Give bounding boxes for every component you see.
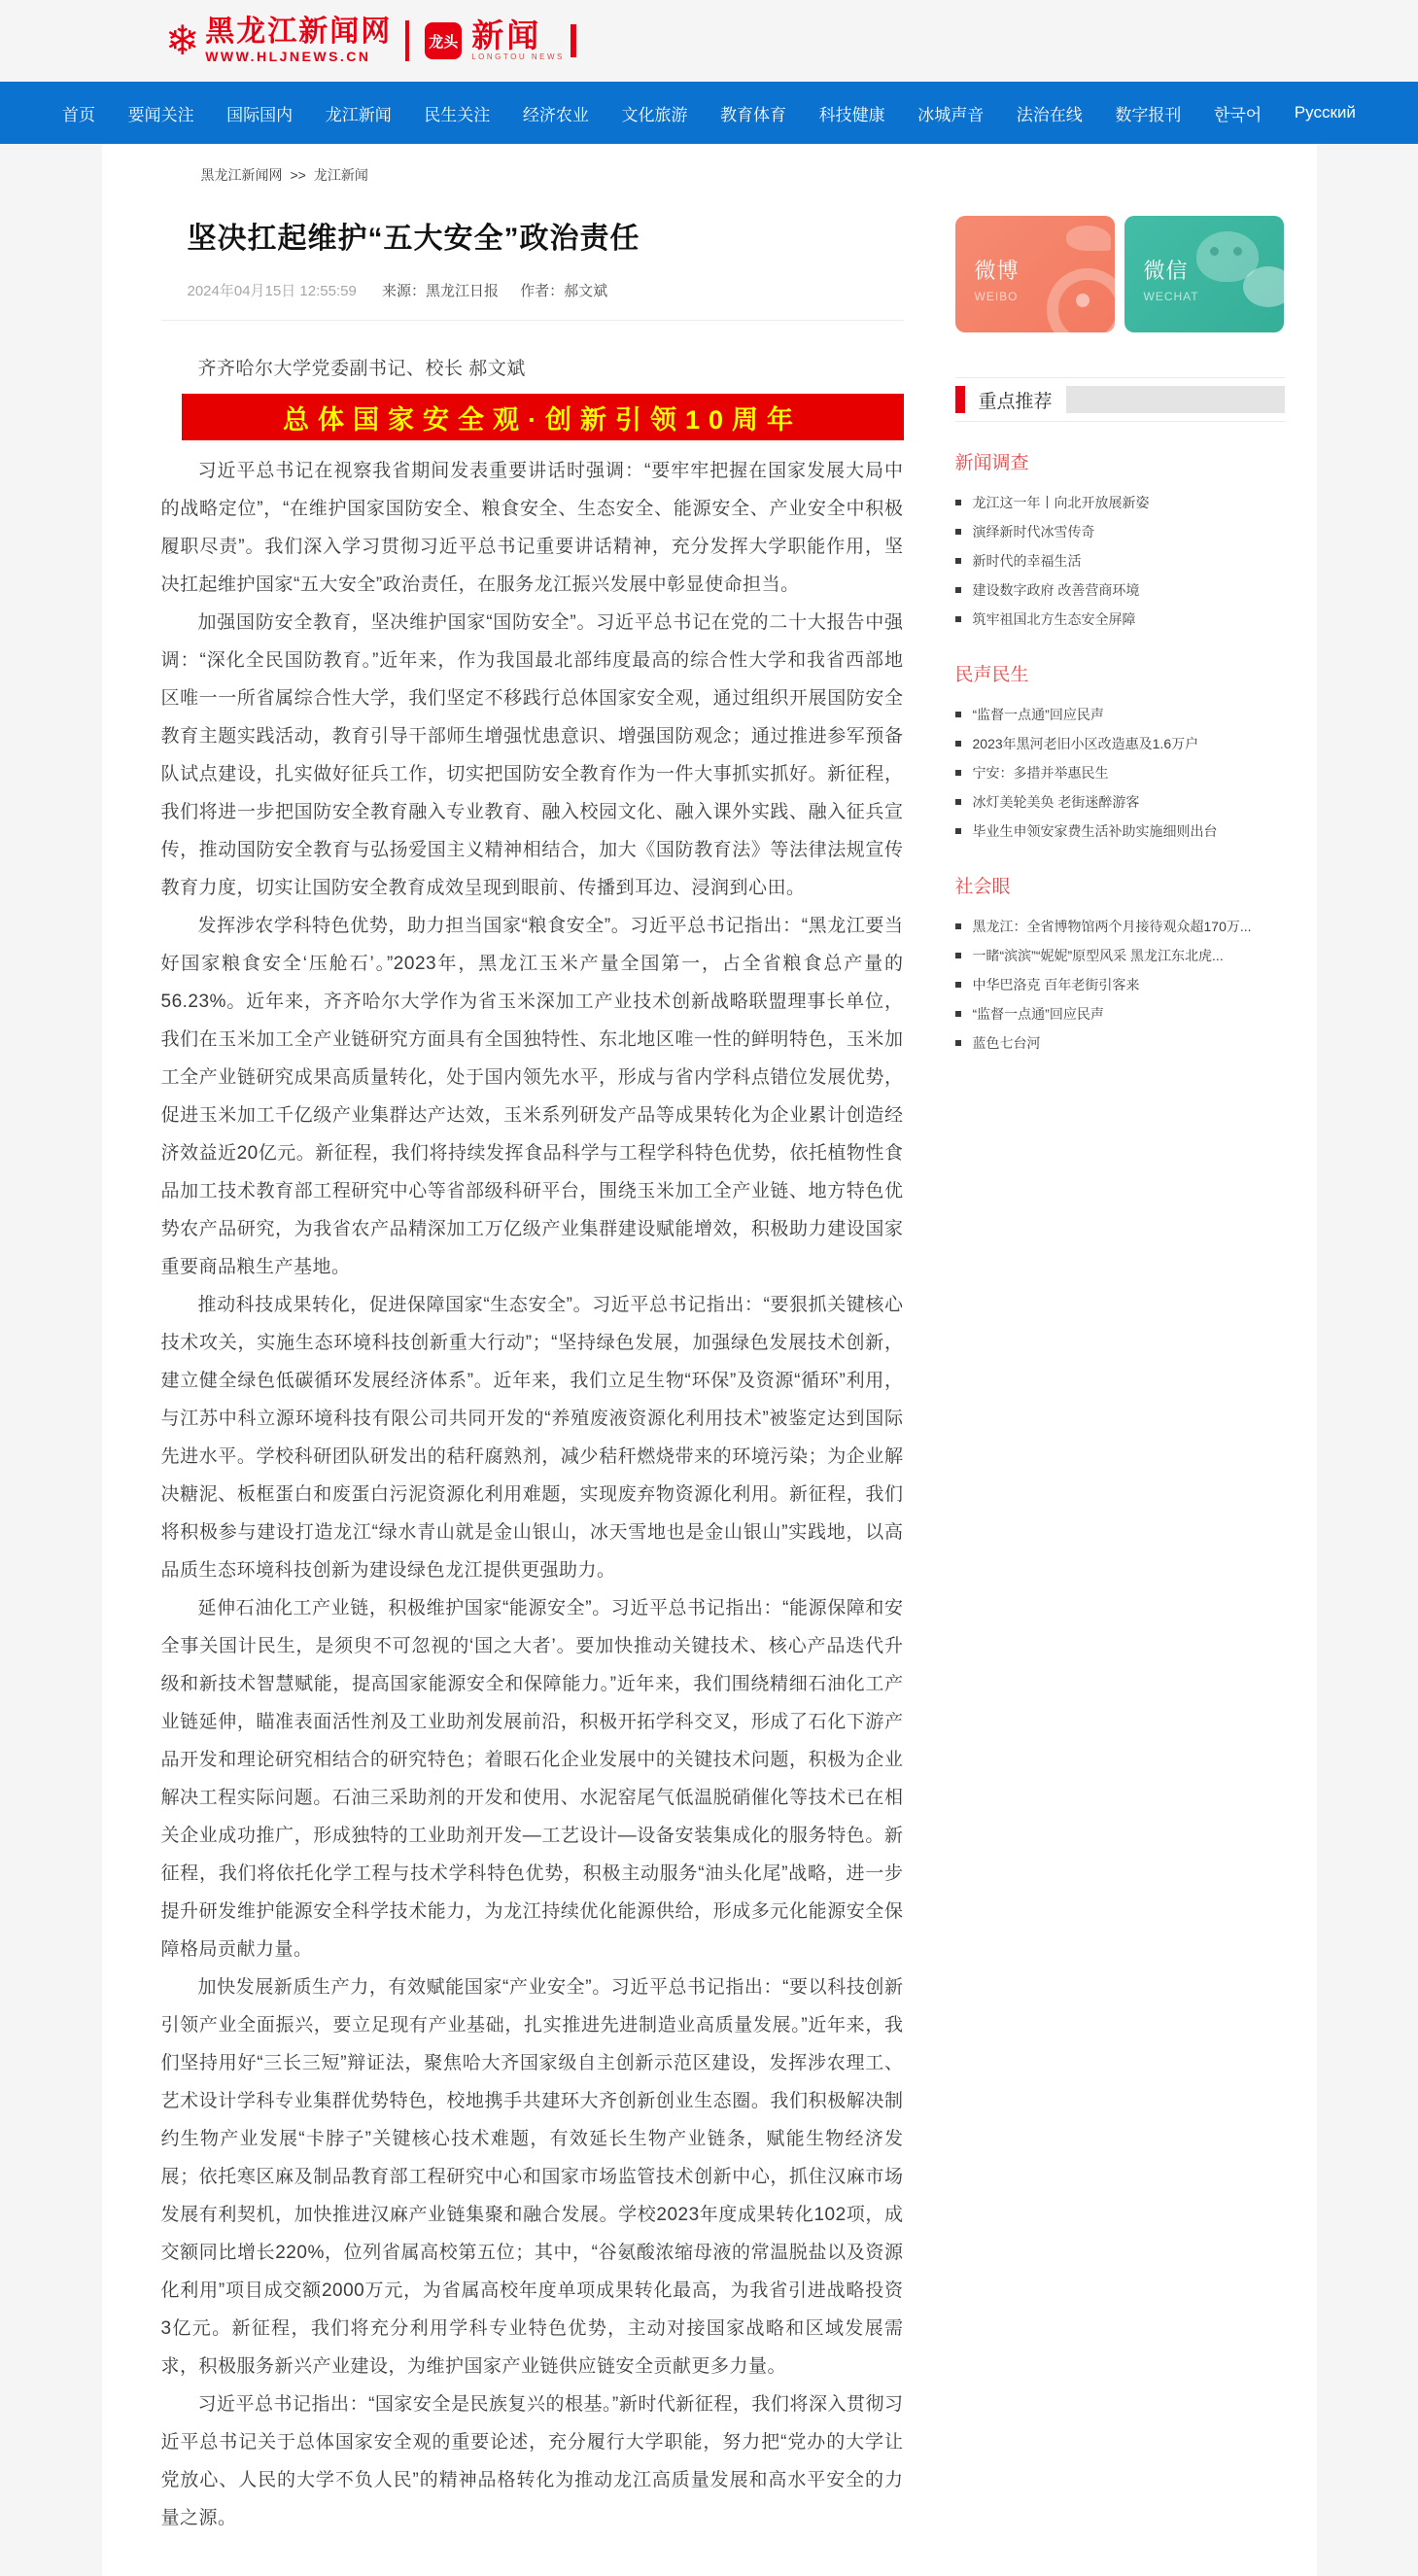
breadcrumb-current-link[interactable]: 龙江新闻	[314, 167, 368, 183]
section-title[interactable]: 社会眼	[955, 872, 1285, 898]
recommend-title: 重点推荐	[979, 387, 1053, 413]
sidebar: 微博 WEIBO 微信 WECHAT 重点推荐 新闻调查 龙江这一年丨向北开放展…	[955, 144, 1285, 2576]
article-meta: 2024年04月15日 12:55:59 来源：黑龙江日报 作者：郝文斌	[188, 280, 904, 300]
nav-item-education-sports[interactable]: 教育体育	[720, 101, 786, 125]
list-item[interactable]: 中华巴洛克 百年老街引客来	[955, 970, 1285, 999]
article-paragraph: 加强国防安全教育，坚决维护国家“国防安全”。习近平总书记在党的二十大报告中强调：…	[161, 604, 904, 907]
nav-item-livelihood[interactable]: 民生关注	[424, 101, 490, 125]
nav-item-korean[interactable]: 한국어	[1214, 101, 1262, 125]
brand-text: 黑龙江新闻网 WWW.HLJNEWS.CN	[205, 17, 392, 64]
square-bullet-icon	[955, 741, 961, 747]
square-bullet-icon	[955, 712, 961, 717]
list-item[interactable]: 新时代的幸福生活	[955, 546, 1285, 575]
article-body: 齐齐哈尔大学党委副书记、校长 郝文斌 总体国家安全观·创新引领10周年 习近平总…	[161, 321, 904, 2537]
site-name: 黑龙江新闻网	[205, 17, 392, 47]
nav-item-economy-agriculture[interactable]: 经济农业	[523, 101, 589, 125]
site-logo[interactable]: ❄ 黑龙江新闻网 WWW.HLJNEWS.CN 龙头 新闻 LONGTOU NE…	[165, 17, 576, 64]
list-item[interactable]: 建设数字政府 改善营商环境	[955, 575, 1285, 605]
article-lead: 齐齐哈尔大学党委副书记、校长 郝文斌	[161, 354, 904, 380]
sidebar-section-society-eye: 社会眼 黑龙江：全省博物馆两个月接待观众超170万... 一睹“滨滨”“妮妮”原…	[955, 872, 1285, 1058]
nav-item-tech-health[interactable]: 科技健康	[819, 101, 885, 125]
publish-date: 2024年04月15日 12:55:59	[188, 283, 357, 299]
nav-item-headlines[interactable]: 要闻关注	[128, 101, 194, 125]
wechat-share-card[interactable]: 微信 WECHAT	[1124, 216, 1284, 332]
section-title[interactable]: 新闻调查	[955, 448, 1285, 474]
content-card: 黑龙江新闻网>>龙江新闻 坚决扛起维护“五大安全”政治责任 2024年04月15…	[102, 144, 1317, 2576]
list-item[interactable]: 一睹“滨滨”“妮妮”原型风采 黑龙江东北虎...	[955, 941, 1285, 970]
nav-item-home[interactable]: 首页	[62, 101, 95, 125]
list-item[interactable]: 演绎新时代冰雪传奇	[955, 517, 1285, 546]
theme-banner-text: 总体国家安全观·创新引领10周年	[283, 399, 802, 436]
list-item[interactable]: 冰灯美轮美奂 老街迷醉游客	[955, 787, 1285, 817]
longtou-seal-icon: 龙头	[425, 22, 462, 59]
longtou-brand: 新闻 LONGTOU NEWS	[471, 20, 565, 61]
nav-item-rule-of-law[interactable]: 法治在线	[1017, 101, 1083, 125]
list-item[interactable]: 筑牢祖国北方生态安全屏障	[955, 605, 1285, 634]
recommend-header: 重点推荐	[955, 377, 1285, 422]
weibo-icon	[1066, 226, 1111, 251]
square-bullet-icon	[955, 587, 961, 593]
breadcrumb-root-link[interactable]: 黑龙江新闻网	[201, 167, 283, 183]
site-header: ❄ 黑龙江新闻网 WWW.HLJNEWS.CN 龙头 新闻 LONGTOU NE…	[0, 0, 1418, 82]
square-bullet-icon	[955, 799, 961, 805]
square-bullet-icon	[955, 770, 961, 776]
square-bullet-icon	[955, 500, 961, 505]
weibo-label: 微博	[975, 255, 1020, 285]
weibo-share-card[interactable]: 微博 WEIBO	[955, 216, 1115, 332]
wechat-sublabel: WECHAT	[1144, 290, 1199, 303]
weibo-sublabel: WEIBO	[975, 290, 1019, 303]
article-source: 来源：黑龙江日报	[382, 283, 499, 299]
section-title[interactable]: 民声民生	[955, 660, 1285, 686]
square-bullet-icon	[955, 1040, 961, 1046]
nav-item-digital-newspaper[interactable]: 数字报刊	[1115, 101, 1181, 125]
square-bullet-icon	[955, 558, 961, 564]
logo-endbar	[571, 24, 576, 57]
square-bullet-icon	[955, 923, 961, 929]
share-cards: 微博 WEIBO 微信 WECHAT	[955, 216, 1285, 332]
list-item[interactable]: “监督一点通”回应民声	[955, 999, 1285, 1028]
breadcrumb: 黑龙江新闻网>>龙江新闻	[201, 165, 904, 185]
list-item[interactable]: “监督一点通”回应民声	[955, 700, 1285, 729]
list-item[interactable]: 黑龙江：全省博物馆两个月接待观众超170万...	[955, 912, 1285, 941]
article-column: 黑龙江新闻网>>龙江新闻 坚决扛起维护“五大安全”政治责任 2024年04月15…	[102, 144, 955, 2576]
main-nav: 首页 要闻关注 国际国内 龙江新闻 民生关注 经济农业 文化旅游 教育体育 科技…	[0, 82, 1418, 144]
article-paragraph: 发挥涉农学科特色优势，助力担当国家“粮食安全”。习近平总书记指出：“黑龙江要当好…	[161, 907, 904, 1286]
article-paragraph: 推动科技成果转化，促进保障国家“生态安全”。习近平总书记指出：“要狠抓关键核心技…	[161, 1286, 904, 1589]
breadcrumb-separator: >>	[291, 167, 306, 183]
square-bullet-icon	[955, 828, 961, 834]
snowflake-icon: ❄	[165, 20, 199, 61]
list-item[interactable]: 蓝色七台河	[955, 1028, 1285, 1058]
sidebar-section-news-investigation: 新闻调查 龙江这一年丨向北开放展新姿 演绎新时代冰雪传奇 新时代的幸福生活 建设…	[955, 448, 1285, 634]
article-header: 坚决扛起维护“五大安全”政治责任 2024年04月15日 12:55:59 来源…	[161, 214, 904, 321]
list-item[interactable]: 2023年黑河老旧小区改造惠及1.6万户	[955, 729, 1285, 758]
longtou-news-title: 新闻	[471, 20, 565, 52]
site-url: WWW.HLJNEWS.CN	[205, 49, 392, 64]
article-paragraph: 习近平总书记在视察我省期间发表重要讲话时强调：“要牢牢把握在国家发展大局中的战略…	[161, 452, 904, 604]
list-item[interactable]: 毕业生申领安家费生活补助实施细则出台	[955, 817, 1285, 846]
list-item[interactable]: 宁安：多措并举惠民生	[955, 758, 1285, 787]
longtou-news-subtitle: LONGTOU NEWS	[471, 52, 565, 61]
recommend-accent-block	[955, 386, 965, 413]
article-paragraph: 延伸石油化工产业链，积极维护国家“能源安全”。习近平总书记指出：“能源保障和安全…	[161, 1589, 904, 1968]
square-bullet-icon	[955, 529, 961, 535]
nav-item-intl-domestic[interactable]: 国际国内	[226, 101, 293, 125]
recommend-filler-bar	[1066, 386, 1285, 413]
square-bullet-icon	[955, 616, 961, 622]
nav-item-longjiang-news[interactable]: 龙江新闻	[326, 101, 392, 125]
square-bullet-icon	[955, 1011, 961, 1017]
article-paragraph: 习近平总书记指出：“国家安全是民族复兴的根基。”新时代新征程，我们将深入贯彻习近…	[161, 2385, 904, 2537]
list-item[interactable]: 龙江这一年丨向北开放展新姿	[955, 488, 1285, 517]
nav-item-russian[interactable]: Русский	[1295, 103, 1356, 122]
square-bullet-icon	[955, 982, 961, 988]
theme-banner: 总体国家安全观·创新引领10周年	[182, 394, 904, 440]
nav-item-ice-city-voice[interactable]: 冰城声音	[917, 101, 984, 125]
nav-item-culture-tourism[interactable]: 文化旅游	[621, 101, 687, 125]
sidebar-section-peoples-voice: 民声民生 “监督一点通”回应民声 2023年黑河老旧小区改造惠及1.6万户 宁安…	[955, 660, 1285, 846]
wechat-label: 微信	[1144, 255, 1189, 285]
article-author: 作者：郝文斌	[520, 283, 607, 299]
article-paragraph: 加快发展新质生产力，有效赋能国家“产业安全”。习近平总书记指出：“要以科技创新引…	[161, 1968, 904, 2385]
square-bullet-icon	[955, 953, 961, 958]
article-title: 坚决扛起维护“五大安全”政治责任	[188, 214, 904, 257]
logo-divider	[405, 20, 409, 61]
